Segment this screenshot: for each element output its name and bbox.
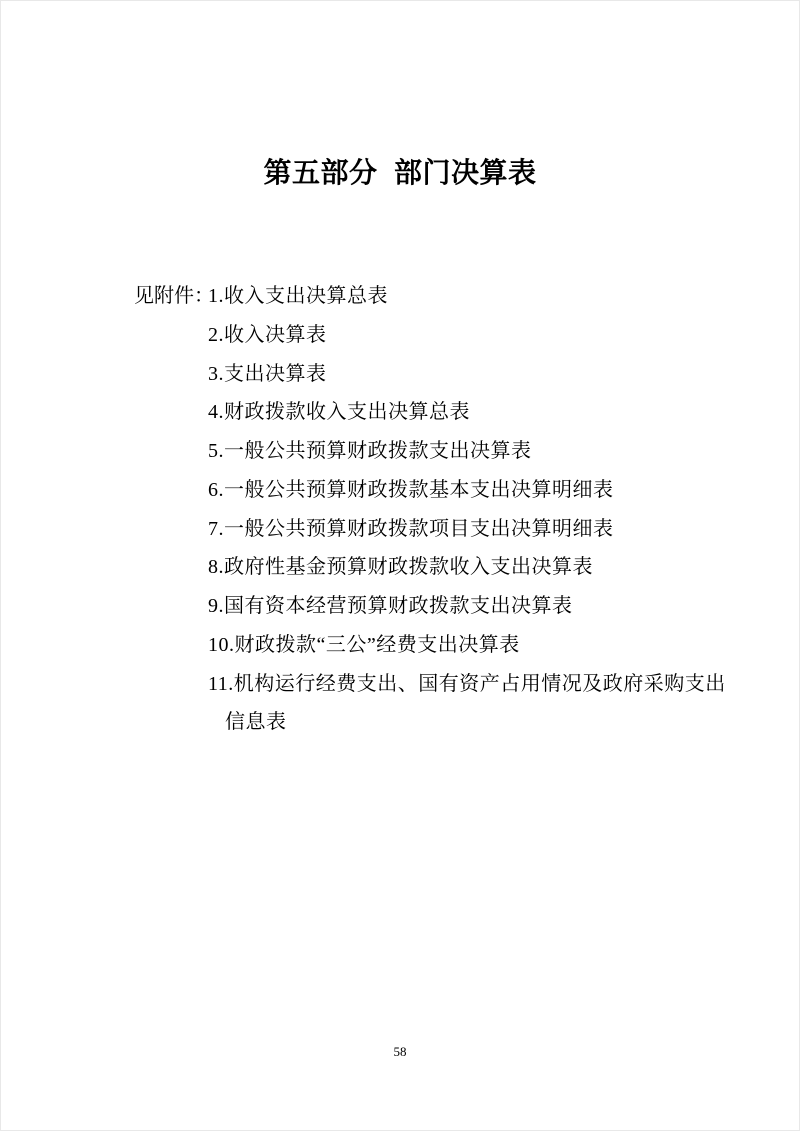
list-item: 6.一般公共预算财政拨款基本支出决算明细表 <box>208 471 738 510</box>
list-item: 5.一般公共预算财政拨款支出决算表 <box>208 432 738 471</box>
list-item: 10.财政拨款“三公”经费支出决算表 <box>208 626 738 665</box>
attachments-section: 见附件： 1.收入支出决算总表 2.收入决算表 3.支出决算表 4.财政拨款收入… <box>134 277 738 742</box>
list-item: 4.财政拨款收入支出决算总表 <box>208 393 738 432</box>
attachments-label: 见附件： <box>134 277 214 316</box>
attachments-list: 1.收入支出决算总表 2.收入决算表 3.支出决算表 4.财政拨款收入支出决算总… <box>208 277 738 742</box>
list-item: 7.一般公共预算财政拨款项目支出决算明细表 <box>208 510 738 549</box>
document-page: 第五部分 部门决算表 见附件： 1.收入支出决算总表 2.收入决算表 3.支出决… <box>0 0 800 1131</box>
list-item: 2.收入决算表 <box>208 316 738 355</box>
list-item: 3.支出决算表 <box>208 355 738 394</box>
list-item: 1.收入支出决算总表 <box>208 277 738 316</box>
page-number: 58 <box>1 1044 799 1060</box>
list-item: 9.国有资本经营预算财政拨款支出决算表 <box>208 587 738 626</box>
list-item: 11.机构运行经费支出、国有资产占用情况及政府采购支出信息表 <box>208 665 738 743</box>
list-item: 8.政府性基金预算财政拨款收入支出决算表 <box>208 548 738 587</box>
page-title: 第五部分 部门决算表 <box>1 157 799 189</box>
